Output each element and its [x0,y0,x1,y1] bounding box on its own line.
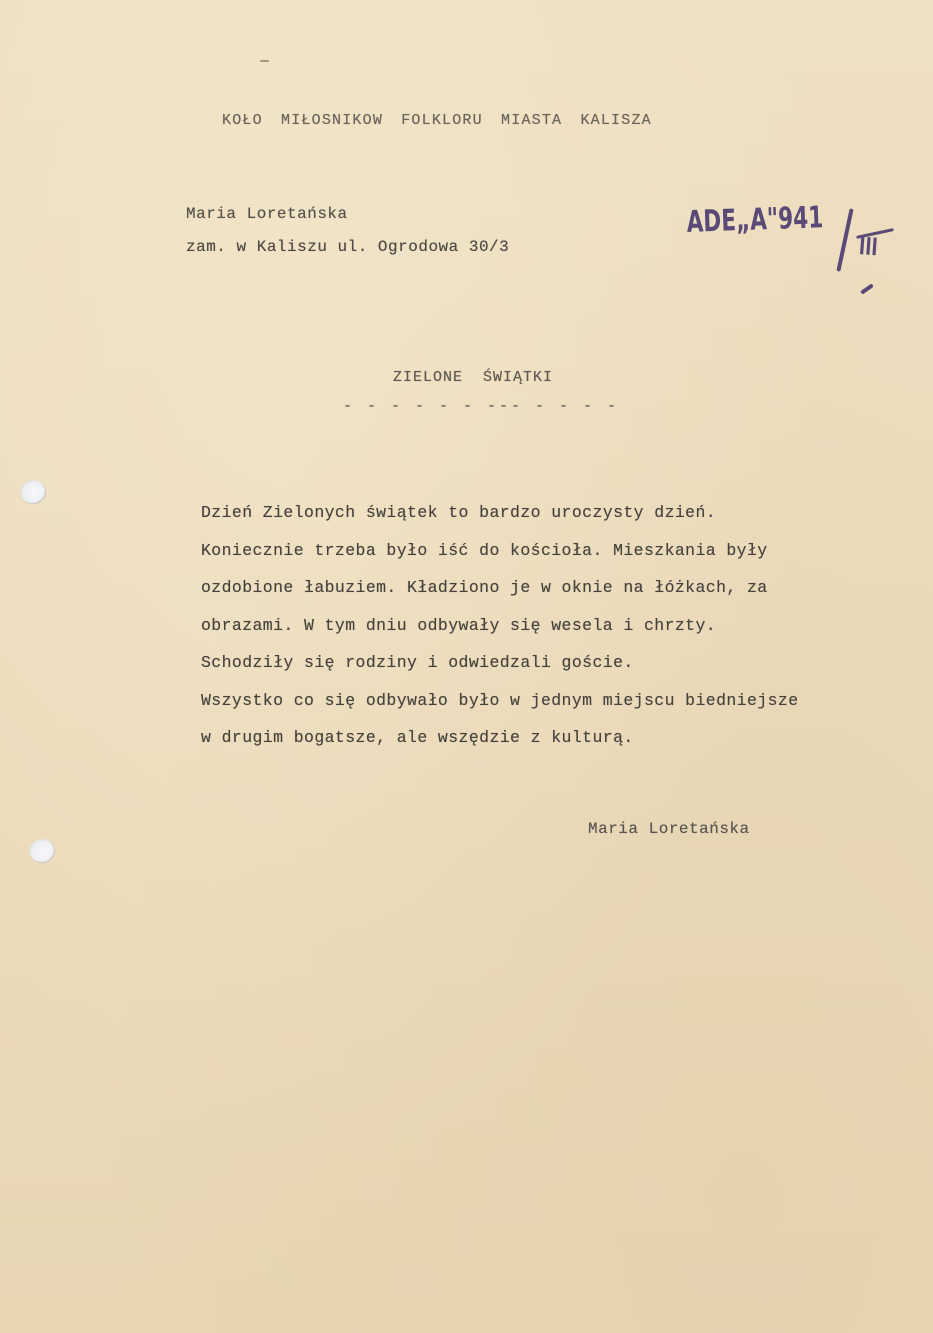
archive-mark-tick [860,283,874,294]
document-title: ZIELONE ŚWIĄTKI [393,369,553,386]
body-line: w drugim bogatsze, ale wszędzie z kultur… [201,719,891,757]
organization-header: KOŁO MIŁOSNIKOW FOLKLORU MIASTA KALISZA [222,112,652,129]
author-name: Maria Loretańska [186,205,348,223]
body-line: ozdobione łabuziem. Kładziono je w oknie… [201,569,891,607]
title-underline: - - - - - - --- - - - - [343,398,619,415]
body-line: Schodziły się rodziny i odwiedzali gości… [201,644,891,682]
body-line: Koniecznie trzeba było iść do kościoła. … [201,532,891,570]
paper-sheet: KOŁO MIŁOSNIKOW FOLKLORU MIASTA KALISZA … [0,0,933,1333]
punch-hole-bottom [29,839,55,863]
body-line: Wszystko co się odbywało było w jednym m… [201,682,891,720]
paper-speck [260,60,269,62]
punch-hole-top [20,480,46,504]
archive-mark-roman: III [858,232,879,261]
archive-mark-main: ADE„A"941 [686,200,824,240]
body-text: Dzień Zielonych świątek to bardzo uroczy… [201,494,891,757]
archive-mark-slash [836,208,853,271]
body-line: obrazami. W tym dniu odbywały się wesela… [201,607,891,645]
body-line: Dzień Zielonych świątek to bardzo uroczy… [201,494,891,532]
signature: Maria Loretańska [588,820,750,838]
author-address: zam. w Kaliszu ul. Ogrodowa 30/3 [186,238,509,256]
